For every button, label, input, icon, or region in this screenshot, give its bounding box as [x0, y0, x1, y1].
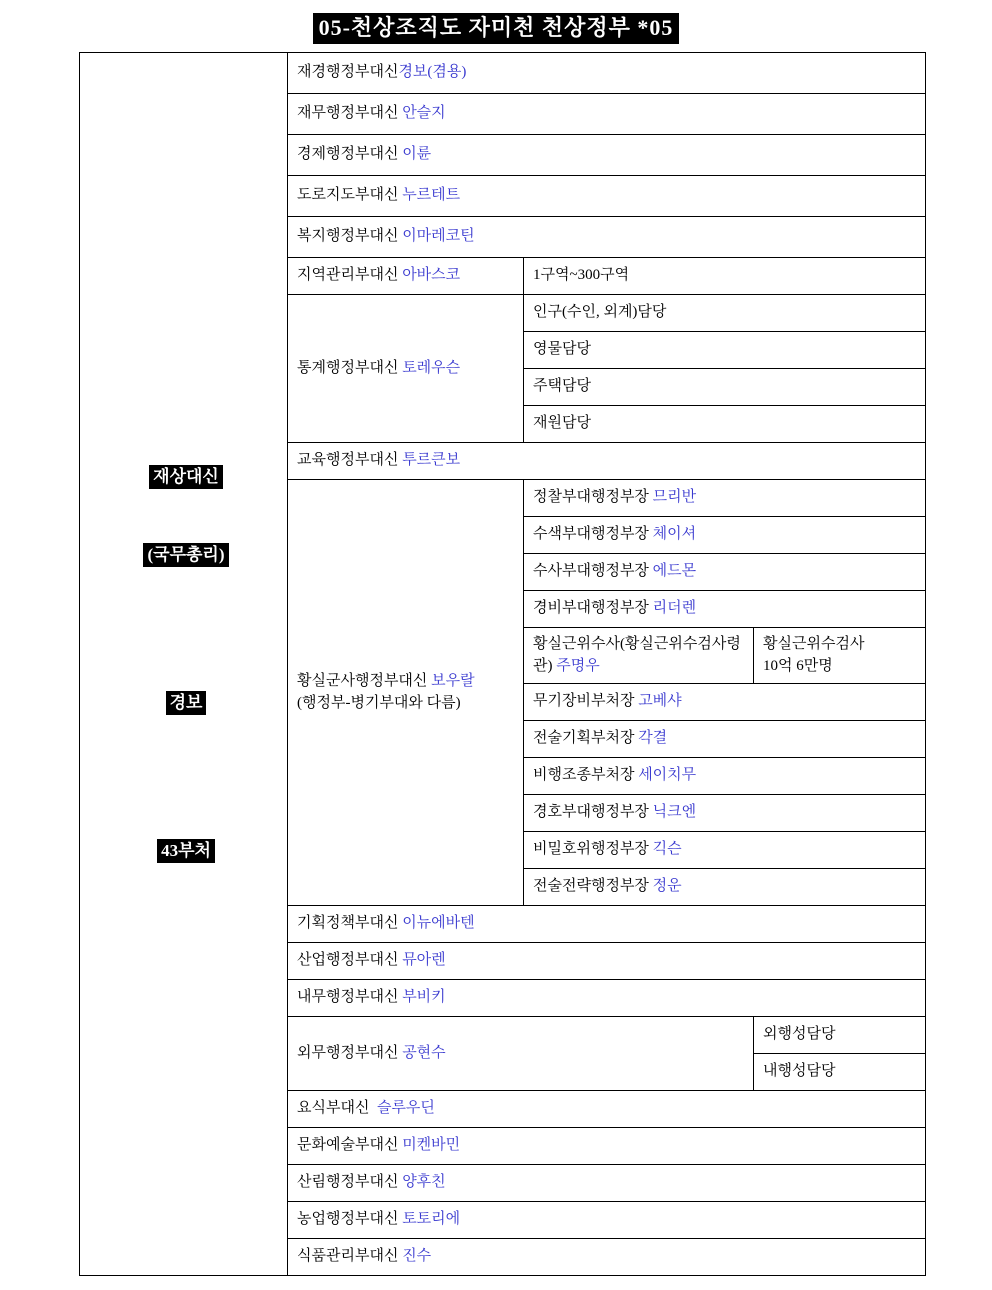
minister-name: 체이셔 [653, 526, 696, 542]
ministry-dept: 비밀호위행정부장 [533, 841, 653, 857]
sub-ministry-cell: 수색부대행정부장 체이셔 [524, 517, 926, 554]
minister-name: 정운 [653, 878, 682, 894]
ministry-dept: 비행조종부처장 [533, 767, 638, 783]
minister-name: 미켄바민 [402, 1137, 460, 1153]
ministry-dept: 도로지도부대신 [297, 187, 402, 203]
minister-name: 진수 [402, 1248, 431, 1264]
leader-line: (국무총리) [89, 543, 283, 568]
ministry-dept: 전술기획부처장 [533, 730, 638, 746]
minister-name: 고베샤 [638, 693, 681, 709]
minister-name: 안슬지 [402, 105, 445, 121]
ministry-cell: 도로지도부대신 누르테트 [288, 176, 926, 217]
ministry-dept: 내무행정부대신 [297, 989, 402, 1005]
ministry-cell: 기획정책부대신 이뉴에바텐 [288, 906, 926, 943]
ministry-dept: 산림행정부대신 [297, 1174, 402, 1190]
spacer [89, 764, 283, 790]
minister-name: 각결 [638, 730, 667, 746]
ministry-dept: 문화예술부대신 [297, 1137, 402, 1153]
leader-name: 경보 [166, 691, 207, 715]
ministry-dept: 황실군사행정부대신 [297, 673, 431, 689]
minister-name: 공현수 [402, 1045, 445, 1061]
minister-name: 슬루우딘 [377, 1100, 435, 1116]
ministry-cell: 복지행정부대신 이마레코틴 [288, 217, 926, 258]
ministry-cell: 지역관리부대신 아바스코 [288, 258, 524, 295]
ministry-dept: 교육행정부대신 [297, 452, 402, 468]
minister-name: 누르테트 [402, 187, 460, 203]
sub-ministry-cell: 경호부대행정부장 닉크엔 [524, 795, 926, 832]
detail-cell: 내행성담당 [754, 1054, 926, 1091]
leader-line: 재상대신 [89, 465, 283, 490]
detail-cell: 외행성담당 [754, 1017, 926, 1054]
sub-ministry-cell: 수사부대행정부장 에드몬 [524, 554, 926, 591]
sub-ministry-cell: 전술기획부처장 각결 [524, 721, 926, 758]
minister-name: 이륜 [402, 146, 431, 162]
ministry-dept: 무기장비부처장 [533, 693, 638, 709]
minister-name: 이뉴에바텐 [402, 915, 474, 931]
ministry-dept: 전술전략행정부장 [533, 878, 653, 894]
sub-ministry-cell: 비행조종부처장 세이치무 [524, 758, 926, 795]
ministry-dept: 기획정책부대신 [297, 915, 402, 931]
guard-unit-label: 황실근위수검사 [763, 636, 864, 652]
ministry-dept: 경제행정부대신 [297, 146, 402, 162]
sub-ministry-cell: 황실근위수사(황실근위수검사령관) 주명우 [524, 628, 754, 684]
document-title: 05-천상조직도 자미천 천상정부 *05 [313, 13, 680, 44]
detail-cell: 1구역~300구역 [524, 258, 926, 295]
leader-subtitle: (국무총리) [143, 543, 228, 567]
ministry-cell: 재무행정부대신 안슬지 [288, 94, 926, 135]
ministry-dept: 경호부대행정부장 [533, 804, 653, 820]
foreign-minister-cell: 외무행정부대신 공현수 [288, 1017, 754, 1091]
detail-cell: 인구(수인, 외계)담당 [524, 295, 926, 332]
ministry-cell: 경제행정부대신 이륜 [288, 135, 926, 176]
sub-ministry-cell: 무기장비부처장 고베샤 [524, 684, 926, 721]
ministry-cell: 문화예술부대신 미켄바민 [288, 1128, 926, 1165]
ministry-note: (행정부-병기부대와 다름) [297, 695, 461, 711]
ministry-dept: 재무행정부대신 [297, 105, 402, 121]
ministry-dept: 재경행정부대신 [297, 64, 398, 80]
detail-cell: 영물담당 [524, 332, 926, 369]
minister-name: 경보(겸용) [398, 64, 466, 80]
ministry-dept: 지역관리부대신 [297, 267, 402, 283]
sub-ministry-cell: 전술전략행정부장 정운 [524, 869, 926, 906]
ministry-dept: 요식부대신 [297, 1100, 377, 1116]
minister-name: 토레우슨 [402, 360, 460, 376]
minister-name: 보우랄 [431, 673, 474, 689]
ministry-cell: 농업행정부대신 토토리에 [288, 1202, 926, 1239]
ministry-cell: 요식부대신 슬루우딘 [288, 1091, 926, 1128]
minister-name: 주명우 [556, 658, 599, 674]
ministry-cell: 산림행정부대신 양후친 [288, 1165, 926, 1202]
minister-name: 양후친 [402, 1174, 445, 1190]
ministry-cell: 재경행정부대신경보(겸용) [288, 53, 926, 94]
minister-name: 닉크엔 [653, 804, 696, 820]
ministry-cell: 교육행정부대신 투르큰보 [288, 443, 926, 480]
leader-line: 43부처 [89, 839, 283, 864]
guard-count-value: 10억 6만명 [763, 658, 833, 674]
minister-name: 리더렌 [653, 600, 696, 616]
minister-name: 긱슨 [653, 841, 682, 857]
ministry-dept: 복지행정부대신 [297, 228, 402, 244]
guard-count-cell: 황실근위수검사10억 6만명 [754, 628, 926, 684]
leader-line: 경보 [89, 691, 283, 716]
minister-name: 이마레코틴 [402, 228, 474, 244]
minister-name: 뮤아렌 [402, 952, 445, 968]
leader-title: 재상대신 [149, 465, 223, 489]
ministry-dept: 정찰부대행정부장 [533, 489, 653, 505]
ministry-row: 재상대신 (국무총리) 경보 43부처 재경행정부대신경보(겸용) [80, 53, 926, 94]
minister-name: 투르큰보 [402, 452, 460, 468]
sub-ministry-cell: 경비부대행정부장 리더렌 [524, 591, 926, 628]
ministry-dept: 산업행정부대신 [297, 952, 402, 968]
ministry-cell: 산업행정부대신 뮤아렌 [288, 943, 926, 980]
ministry-dept: 수사부대행정부장 [533, 563, 653, 579]
minister-name: 세이치무 [638, 767, 696, 783]
ministry-dept: 식품관리부대신 [297, 1248, 402, 1264]
org-table: 재상대신 (국무총리) 경보 43부처 재경행정부대신경보(겸용) 재무행정부대… [79, 52, 926, 1276]
sub-ministry-cell: 비밀호위행정부장 긱슨 [524, 832, 926, 869]
minister-name: 토토리에 [402, 1211, 460, 1227]
ministry-dept: 통계행정부대신 [297, 360, 402, 376]
spacer [89, 616, 283, 642]
prime-minister-cell: 재상대신 (국무총리) 경보 43부처 [80, 53, 288, 1276]
ministry-dept: 농업행정부대신 [297, 1211, 402, 1227]
ministry-dept: 수색부대행정부장 [533, 526, 653, 542]
detail-cell: 재원담당 [524, 406, 926, 443]
minister-name: 아바스코 [402, 267, 460, 283]
ministry-cell: 식품관리부대신 진수 [288, 1239, 926, 1276]
minister-name: 에드몬 [653, 563, 696, 579]
ministry-cell: 내무행정부대신 부비키 [288, 980, 926, 1017]
detail-cell: 주택담당 [524, 369, 926, 406]
military-minister-cell: 황실군사행정부대신 보우랄(행정부-병기부대와 다름) [288, 480, 524, 906]
sub-ministry-cell: 정찰부대행정부장 므리반 [524, 480, 926, 517]
minister-name: 부비키 [402, 989, 445, 1005]
minister-name: 므리반 [653, 489, 696, 505]
stats-minister-cell: 통계행정부대신 토레우슨 [288, 295, 524, 443]
ministry-dept: 외무행정부대신 [297, 1045, 402, 1061]
ministry-dept: 경비부대행정부장 [533, 600, 653, 616]
title-bar: 05-천상조직도 자미천 천상정부 *05 [0, 13, 992, 44]
ministry-count: 43부처 [157, 839, 215, 863]
